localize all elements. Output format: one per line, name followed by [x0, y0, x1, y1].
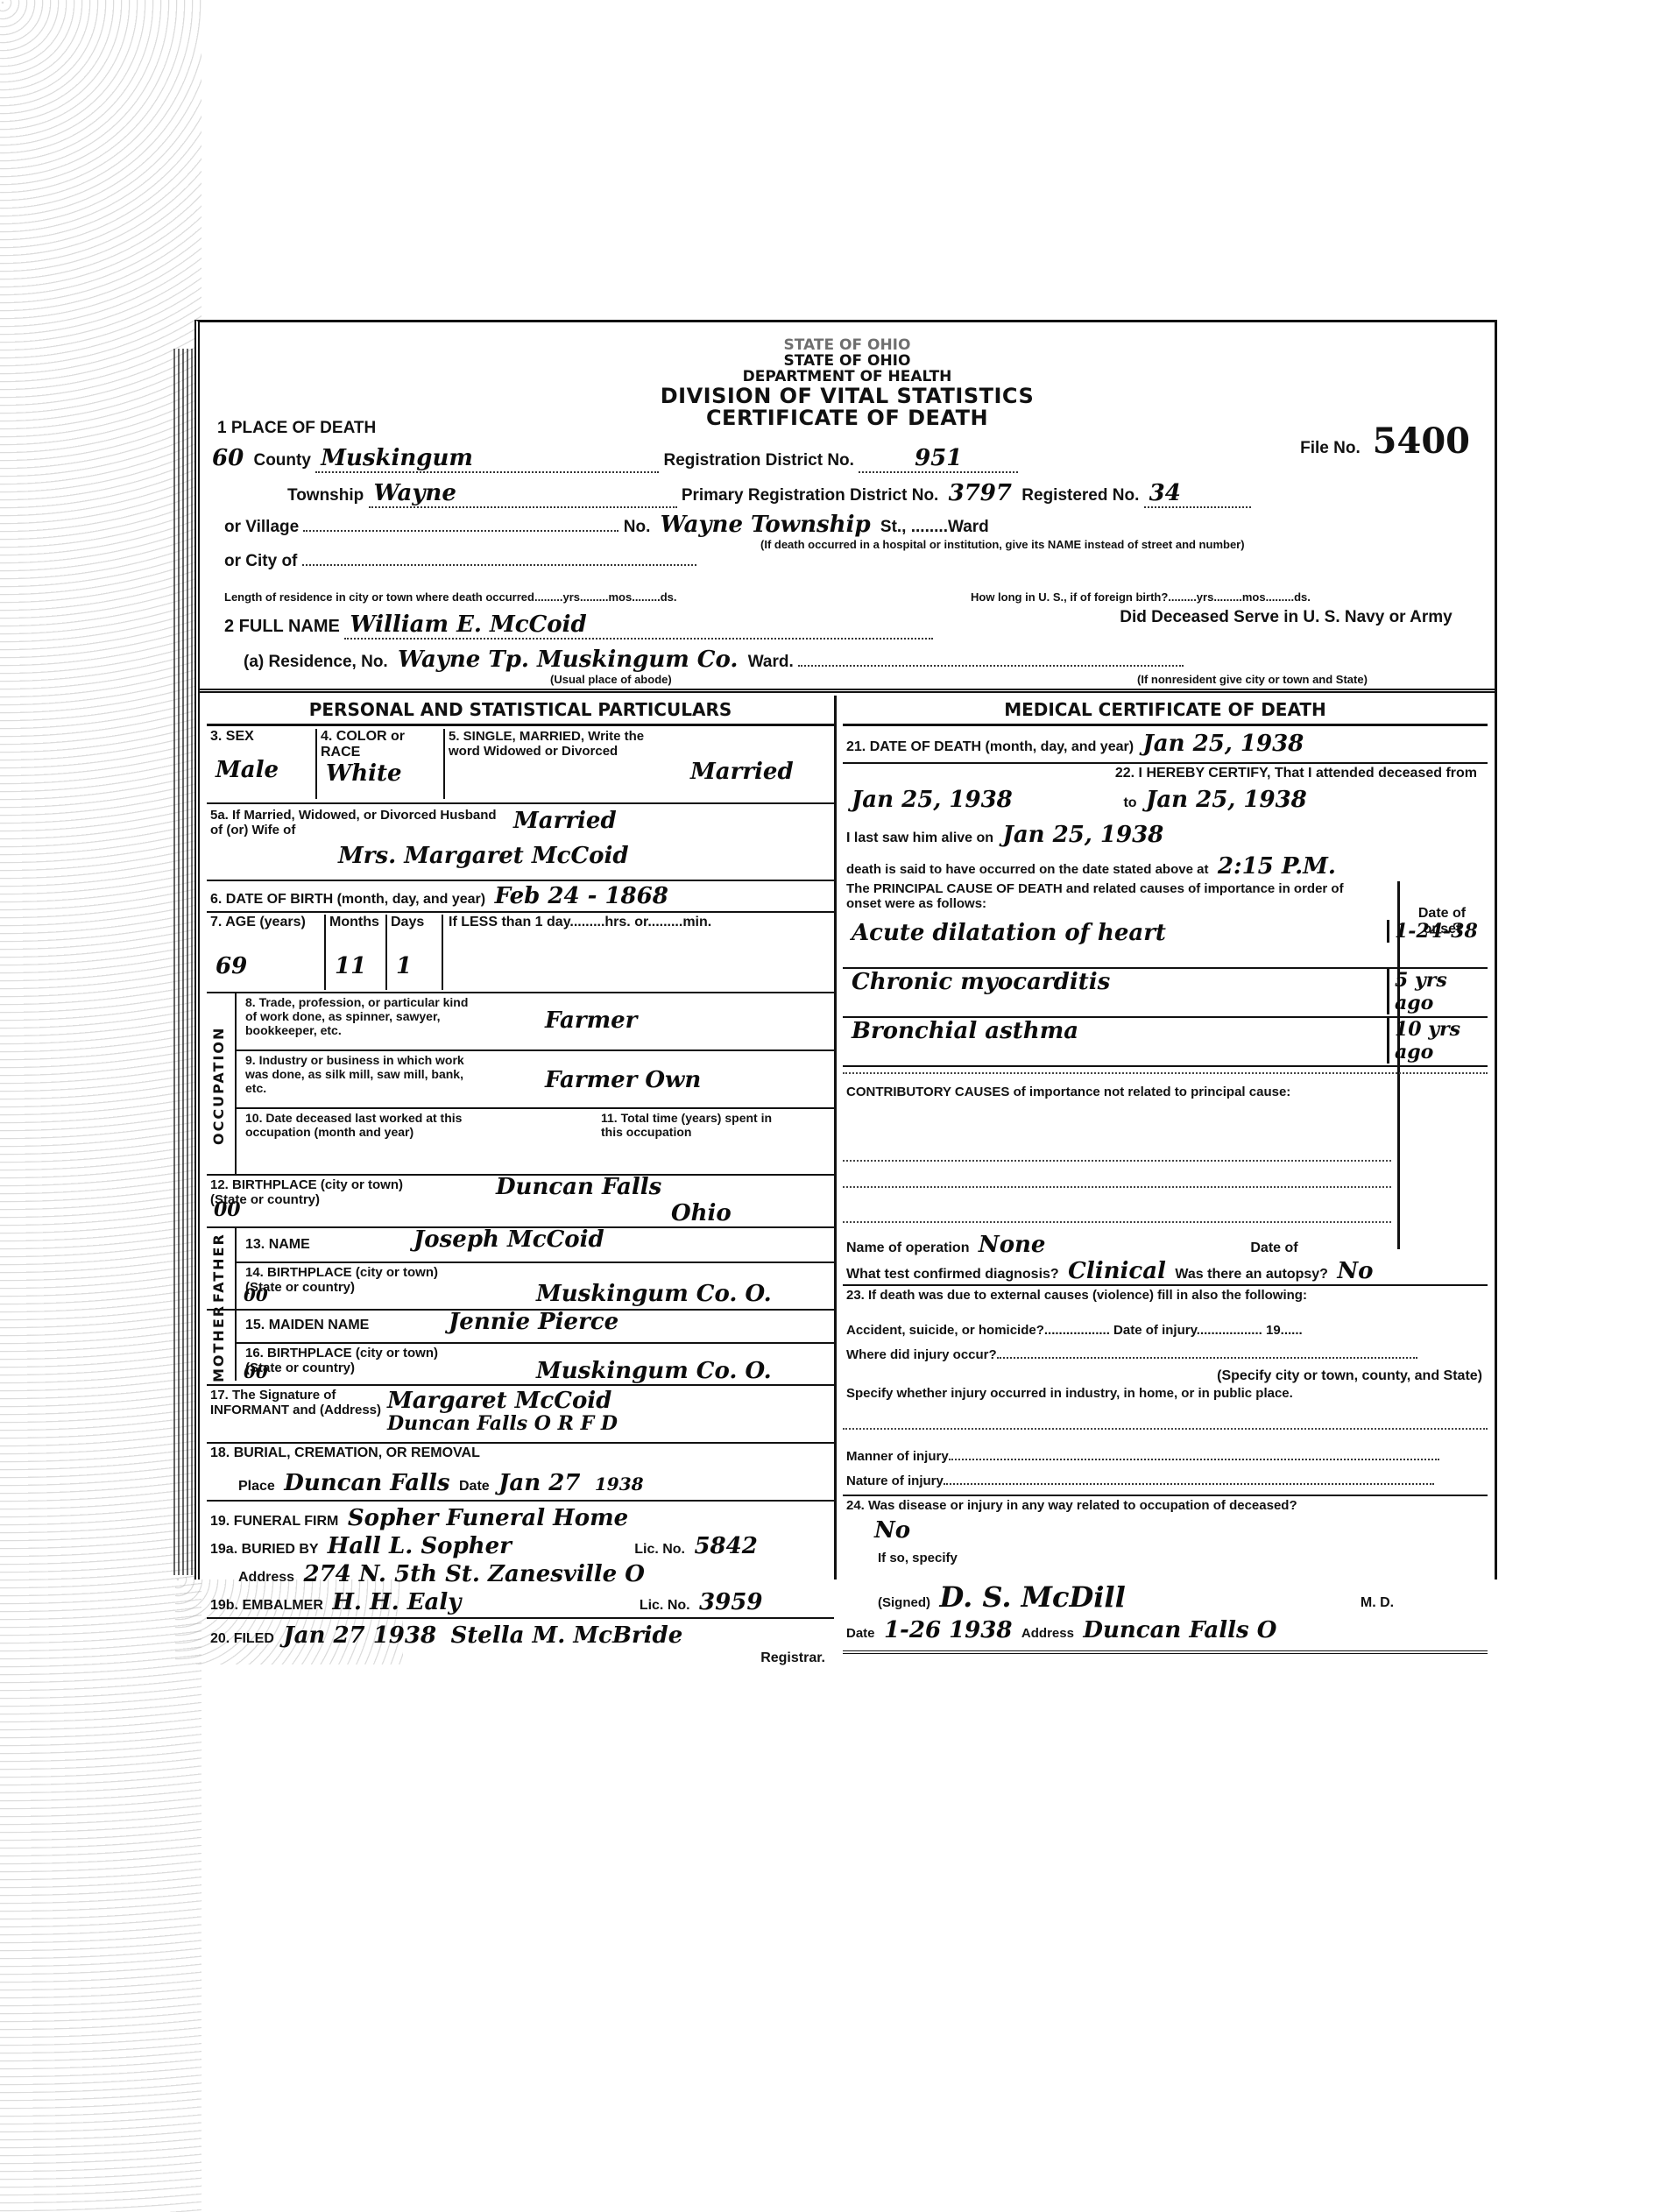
trade-label: 8. Trade, profession, or particular kind… [245, 995, 482, 1037]
marital-value: Married [685, 759, 799, 785]
death-date-row: 21. DATE OF DEATH (month, day, and year)… [846, 731, 1477, 757]
division: DIVISION OF VITAL STATISTICS [200, 385, 1495, 407]
medical-certificate: MEDICAL CERTIFICATE OF DEATH 21. DATE OF… [843, 696, 1488, 1579]
place-of-death-label: 1 PLACE OF DEATH [217, 419, 376, 438]
buried-by-license: 5842 [689, 1533, 762, 1559]
burial-row: Place Duncan Falls Date Jan 27 1938 [238, 1470, 816, 1496]
color-cell: 4. COLOR or RACE White [321, 729, 445, 799]
birthplace-city: Duncan Falls [491, 1174, 667, 1200]
industry-value: Farmer Own [540, 1067, 706, 1093]
informant-address: Duncan Falls O R F D [382, 1412, 623, 1435]
total-time-label: 11. Total time (years) spent in this occ… [601, 1111, 794, 1139]
where-note: (Specify city or town, county, and State… [1217, 1368, 1482, 1384]
birthplace-row: 12. BIRTHPLACE (city or town) (State or … [210, 1177, 823, 1207]
marital-cell: 5. SINGLE, MARRIED, Write the word Widow… [449, 729, 825, 799]
accident-label: Accident, suicide, or homicide?.........… [846, 1323, 1468, 1338]
abode-note: (Usual place of abode) [550, 673, 672, 686]
age-months-cell: Months 11 [329, 915, 387, 990]
onset-date: 1-24-38 [1387, 920, 1488, 943]
medical-title: MEDICAL CERTIFICATE OF DEATH [843, 696, 1488, 726]
street-note: (If death occurred in a hospital or inst… [760, 538, 1245, 551]
buried-by: Hall L. Sopher [322, 1533, 631, 1559]
last-worked-label: 10. Date deceased last worked at this oc… [245, 1111, 508, 1139]
embalmer: H. H. Ealy [327, 1589, 635, 1615]
cause-row: Chronic myocarditis5 yrs ago [843, 969, 1488, 1018]
signed-row: (Signed) D. S. McDill M. D. [878, 1580, 1465, 1614]
signed-date: 1-26 1938 [879, 1617, 1017, 1643]
less-than-day: If LESS than 1 day.........hrs. or......… [449, 915, 799, 930]
father-name-label: 13. NAME [245, 1237, 310, 1253]
operation-row: Name of operation None Date of [846, 1232, 1477, 1258]
navy-question: Did Deceased Serve in U. S. Navy or Army [1102, 608, 1470, 627]
cause-text: Acute dilatation of heart [846, 920, 1391, 946]
age-years-cell: 7. AGE (years) 69 [210, 915, 326, 990]
county-row: 60 County Muskingum Registration Distric… [207, 445, 1018, 473]
certificate-header: STATE OF OHIO STATE OF OHIO DEPARTMENT O… [200, 338, 1495, 429]
manner-label: Manner of injury [846, 1449, 1468, 1464]
buried-by-row: 19a. BURIED BY Hall L. Sopher Lic. No. 5… [210, 1533, 823, 1559]
specify-label: Specify whether injury occurred in indus… [846, 1386, 1468, 1401]
buried-by-address-row: Address 274 N. 5th St. Zanesville O [238, 1561, 825, 1587]
residence-value: Wayne Tp. Muskingum Co. [392, 647, 743, 673]
if-so-label: If so, specify [878, 1551, 958, 1565]
informant-name: Margaret McCoid [382, 1388, 617, 1414]
county-value: Muskingum [315, 445, 659, 473]
mother-tab: MOTHER [210, 1312, 227, 1382]
cause-text: Bronchial asthma [846, 1018, 1391, 1044]
dob-value: Feb 24 - 1868 [490, 883, 674, 909]
us-length: How long in U. S., if of foreign birth?.… [971, 590, 1311, 604]
father-birthplace-code: 00 [238, 1284, 273, 1305]
age-months: 11 [329, 953, 385, 979]
scan-noise-left [0, 0, 201, 2212]
cause-text: Chronic myocarditis [846, 969, 1391, 995]
spouse-name: Mrs. Margaret McCoid [333, 843, 634, 869]
external-label: 23. If death was due to external causes … [846, 1288, 1468, 1303]
physician-address: Duncan Falls O [1078, 1617, 1282, 1643]
cause-row: Acute dilatation of heart1-24-38 [843, 920, 1488, 969]
age-days: 1 [391, 953, 442, 979]
onset-date: 10 yrs ago [1387, 1018, 1488, 1064]
birthplace-state: Ohio [666, 1200, 737, 1226]
residence-row: (a) Residence, No. Wayne Tp. Muskingum C… [244, 647, 1184, 673]
autopsy-value: No [1332, 1258, 1378, 1284]
funeral-firm: Sopher Funeral Home [343, 1505, 633, 1531]
registered-number: 34 [1144, 480, 1251, 508]
personal-title: PERSONAL AND STATISTICAL PARTICULARS [207, 696, 834, 726]
last-saw-date: Jan 25, 1938 [998, 822, 1170, 848]
spouse-status: Married [508, 808, 622, 834]
sex-cell: 3. SEX Male [210, 729, 317, 799]
mother-name-label: 15. MAIDEN NAME [245, 1318, 369, 1333]
embalmer-license: 3959 [694, 1589, 767, 1615]
sex-value: Male [210, 757, 315, 783]
color-value: White [321, 760, 443, 787]
registrar-label: Registrar. [760, 1650, 825, 1666]
death-date: Jan 25, 1938 [1138, 731, 1310, 757]
filed-date: Jan 27 1938 [278, 1622, 442, 1649]
attended-to: Jan 25, 1938 [1141, 787, 1312, 813]
mother-name: Jennie Pierce [443, 1309, 624, 1335]
death-certificate: STATE OF OHIO STATE OF OHIO DEPARTMENT O… [194, 320, 1497, 1579]
age-years: 69 [210, 953, 324, 979]
occupation-tab: OCCUPATION [210, 1002, 227, 1169]
birthplace-code: 00 [209, 1198, 246, 1221]
age-days-cell: Days 1 [391, 915, 443, 990]
filed-row: 20. FILED Jan 27 1938 Stella M. McBride [210, 1622, 823, 1649]
father-tab: FATHER [210, 1230, 227, 1305]
occupation-related-value: No [869, 1517, 915, 1544]
trade-value: Farmer [540, 1007, 642, 1034]
state: STATE OF OHIO [200, 354, 1495, 370]
time-row: death is said to have occurred on the da… [846, 853, 1477, 880]
burial-label: 18. BURIAL, CREMATION, OR REMOVAL [210, 1445, 480, 1461]
father-birthplace: Muskingum Co. O. [531, 1281, 777, 1307]
burial-date: Jan 27 [493, 1470, 585, 1496]
spouse-cell: 5a. If Married, Widowed, or Divorced Hus… [210, 808, 823, 878]
where-label: Where did injury occur? [846, 1347, 1468, 1362]
father-birthplace-label: 14. BIRTHPLACE (city or town) (State or … [245, 1265, 473, 1295]
dob-row: 6. DATE OF BIRTH (month, day, and year) … [210, 883, 823, 909]
signed-date-row: Date 1-26 1938 Address Duncan Falls O [846, 1617, 1477, 1643]
diagnosis-test: Clinical [1063, 1258, 1171, 1284]
buried-by-address: 274 N. 5th St. Zanesville O [298, 1561, 649, 1587]
operation-value: None [973, 1232, 1247, 1258]
attended-row: Jan 25, 1938 to Jan 25, 1938 [846, 787, 1477, 813]
primary-registration: 3797 [944, 480, 1017, 506]
full-name: William E. McCoid [344, 611, 933, 640]
nonresident-note: (If nonresident give city or town and St… [1137, 673, 1368, 686]
physician-signature: D. S. McDill [934, 1580, 1356, 1614]
cause-row: Bronchial asthma10 yrs ago [843, 1018, 1488, 1067]
onset-date: 5 yrs ago [1387, 969, 1488, 1014]
personal-particulars: PERSONAL AND STATISTICAL PARTICULARS 3. … [207, 696, 837, 1579]
cause-label: The PRINCIPAL CAUSE OF DEATH and related… [846, 881, 1372, 911]
contributory-label: CONTRIBUTORY CAUSES of importance not re… [846, 1085, 1337, 1099]
township-value: Wayne [369, 480, 677, 508]
street-value: Wayne Township [655, 512, 876, 538]
village-row: or Village No. Wayne Township St., .....… [224, 512, 989, 538]
registration-district: 951 [859, 445, 1018, 473]
industry-label: 9. Industry or business in which work wa… [245, 1053, 482, 1095]
funeral-row: 19. FUNERAL FIRM Sopher Funeral Home [210, 1505, 823, 1531]
full-name-row: 2 FULL NAME William E. McCoid [224, 611, 933, 640]
burial-place: Duncan Falls [279, 1470, 455, 1496]
father-name: Joseph McCoid [408, 1226, 610, 1253]
embalmer-row: 19b. EMBALMER H. H. Ealy Lic. No. 3959 [210, 1589, 823, 1615]
nature-label: Nature of injury [846, 1473, 1468, 1488]
city-row: or City of [224, 552, 696, 571]
certify-label: 22. I HEREBY CERTIFY, That I attended de… [846, 766, 1477, 781]
attended-from: Jan 25, 1938 [846, 787, 1120, 813]
residence-length: Length of residence in city or town wher… [224, 590, 677, 604]
township-row: Township Wayne Primary Registration Dist… [287, 480, 1251, 508]
informant-label: 17. The Signature of INFORMANT and (Addr… [210, 1388, 385, 1417]
occupation-related-label: 24. Was disease or injury in any way rel… [846, 1498, 1468, 1513]
burial-year: 1938 [590, 1473, 649, 1495]
state-top: STATE OF OHIO [200, 338, 1495, 354]
mother-birthplace-code: 00 [238, 1361, 273, 1382]
mother-birthplace-label: 16. BIRTHPLACE (city or town) (State or … [245, 1346, 473, 1375]
last-saw-row: I last saw him alive on Jan 25, 1938 [846, 822, 1477, 848]
mother-birthplace: Muskingum Co. O. [531, 1358, 777, 1384]
department: DEPARTMENT OF HEALTH [200, 370, 1495, 385]
time-of-death: 2:15 P.M. [1212, 853, 1341, 880]
registrar-name: Stella M. McBride [446, 1622, 689, 1649]
file-number: File No. 5400 [1300, 420, 1470, 462]
diagnosis-row: What test confirmed diagnosis? Clinical … [846, 1258, 1477, 1284]
